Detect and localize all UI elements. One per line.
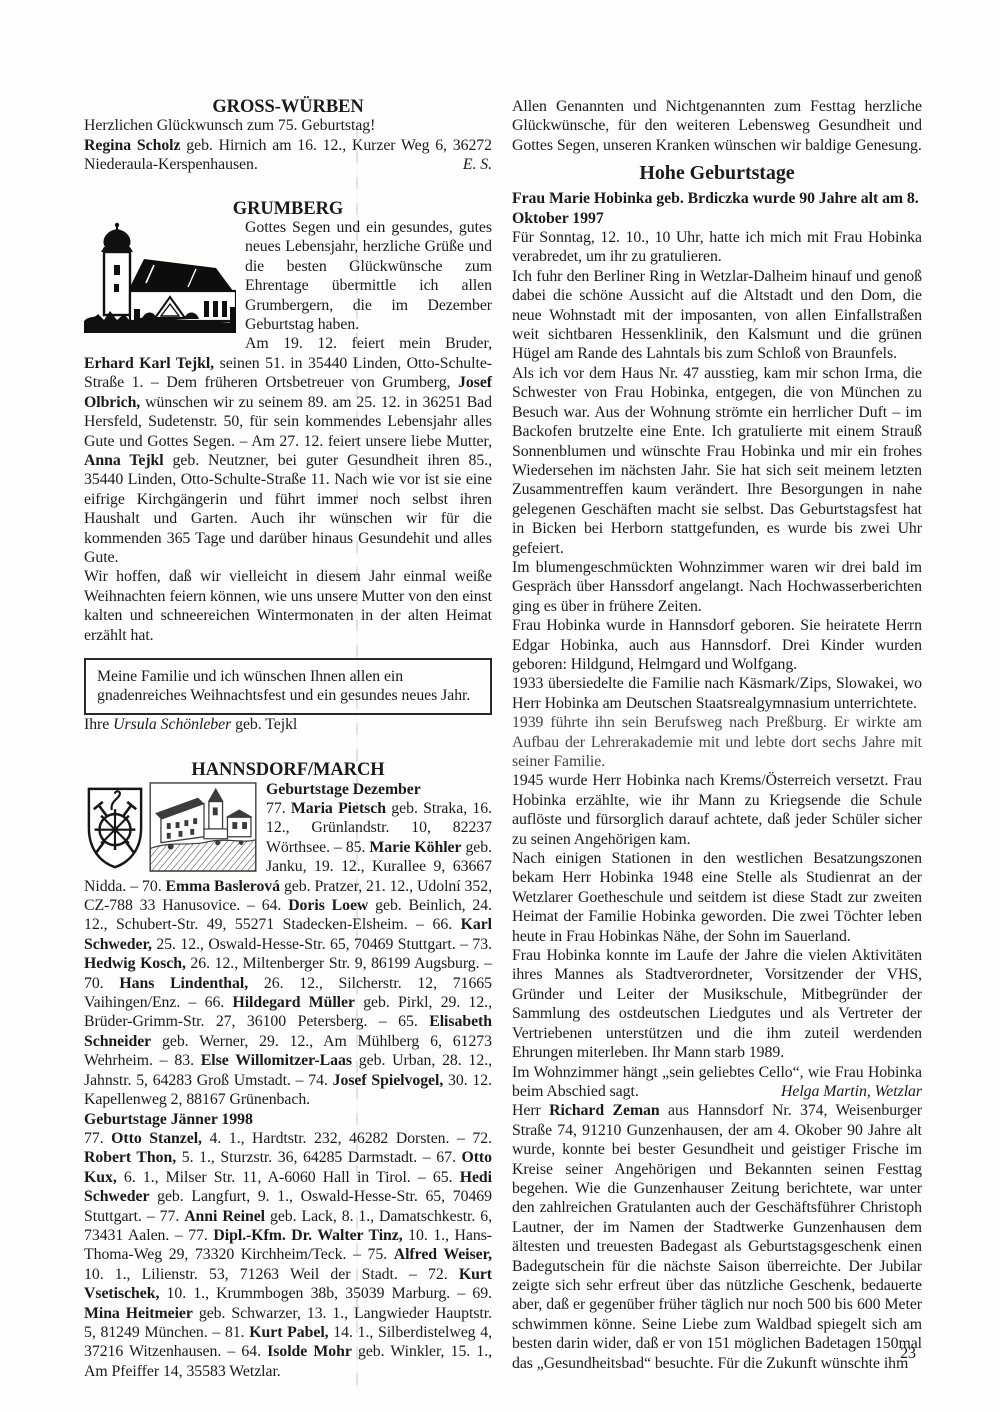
hobinka-paragraph: Frau Hobinka wurde in Hannsdorf geboren.… — [512, 616, 922, 674]
zeman-paragraph: Herr Richard Zeman aus Hannsdorf Nr. 374… — [512, 1101, 922, 1373]
hobinka-paragraph: 1945 wurde Herr Hobinka nach Krems/Öster… — [512, 771, 922, 849]
page-number: 23 — [900, 1344, 916, 1363]
section-grumberg: GRUMBERG — [84, 199, 492, 735]
hobinka-paragraph: 1939 führte ihn sein Berufsweg nach Preß… — [512, 713, 922, 771]
article-author: Helga Martin, Wetzlar — [781, 1082, 922, 1101]
hobinka-paragraph: 1933 übersiedelte die Familie nach Käsma… — [512, 674, 922, 713]
hobinka-paragraph: Nach einigen Stationen in den westlichen… — [512, 849, 922, 946]
grumberg-hope-paragraph: Wir hoffen, daß wir vielleicht in diesem… — [84, 567, 492, 645]
right-intro-paragraph: Allen Genannten und Nichtgenannten zum F… — [512, 97, 922, 155]
gross-wurben-entry-text: Regina Scholz geb. Hirnich am 16. 12., K… — [84, 137, 492, 173]
church-woodcut-image — [84, 221, 236, 333]
coat-of-arms-image — [84, 784, 146, 872]
hobinka-paragraph: Für Sonntag, 12. 10., 10 Uhr, hatte ich … — [512, 228, 922, 267]
section-zeman: Herr Richard Zeman aus Hannsdorf Nr. 374… — [512, 1101, 922, 1373]
january-subtitle: Geburtstage Jänner 1998 — [84, 1110, 492, 1129]
grumberg-text-block: Gottes Segen und ein gesundes, gutes neu… — [84, 218, 492, 567]
christmas-wishes-box: Meine Familie und ich wünschen Ihnen all… — [84, 658, 492, 715]
grumberg-entries: Am 19. 12. feiert mein Bruder, Erhard Ka… — [84, 334, 492, 567]
two-column-layout: GROSS-WÜRBEN Herzlichen Glückwunsch zum … — [0, 0, 1000, 1381]
left-column: GROSS-WÜRBEN Herzlichen Glückwunsch zum … — [84, 97, 492, 1381]
newsletter-page: GROSS-WÜRBEN Herzlichen Glückwunsch zum … — [0, 0, 1000, 1412]
hobinka-paragraph: Ich fuhr den Berliner Ring in Wetzlar-Da… — [512, 267, 922, 364]
grumberg-signature: Ihre Ursula Schönleber geb. Tejkl — [84, 715, 492, 734]
gross-wurben-entry: Regina Scholz geb. Hirnich am 16. 12., K… — [84, 136, 492, 175]
hobinka-subtitle: Frau Marie Hobinka geb. Brdiczka wurde 9… — [512, 189, 922, 228]
section-title-hannsdorf: HANNSDORF/MARCH — [84, 760, 492, 779]
gross-wurben-initials: E. S. — [463, 155, 492, 174]
section-title-grumberg: GRUMBERG — [84, 199, 492, 218]
right-column: Allen Genannten und Nichtgenannten zum F… — [512, 97, 922, 1381]
hobinka-paragraph: Frau Hobinka konnte im Laufe der Jahre d… — [512, 946, 922, 1062]
section-hohe-geburtstage: Hohe Geburtstage Frau Marie Hobinka geb.… — [512, 160, 922, 1101]
hobinka-paragraph: Als ich vor dem Haus Nr. 47 ausstieg, ka… — [512, 364, 922, 558]
section-hannsdorf: HANNSDORF/MARCH — [84, 760, 492, 1381]
hannsdorf-december-block: Geburtstage Dezember 77. Maria Pietsch g… — [84, 780, 492, 1110]
christmas-wishes-text: Meine Familie und ich wünschen Ihnen all… — [97, 667, 479, 706]
section-title-hohe-geburtstage: Hohe Geburtstage — [512, 160, 922, 186]
hobinka-paragraph: Im blumengeschmückten Wohnzimmer waren w… — [512, 558, 922, 616]
hannsdorf-images — [84, 782, 257, 872]
section-gross-wurben: GROSS-WÜRBEN Herzlichen Glückwunsch zum … — [84, 97, 492, 175]
village-engraving-image — [149, 782, 257, 872]
section-title-gross-wurben: GROSS-WÜRBEN — [84, 97, 492, 116]
january-birthday-list: 77. Otto Stanzel, 4. 1., Hardtstr. 232, … — [84, 1129, 492, 1381]
gross-wurben-greeting: Herzlichen Glückwunsch zum 75. Geburtsta… — [84, 116, 492, 135]
hobinka-closing-paragraph: Im Wohnzimmer hängt „sein geliebtes Cell… — [512, 1063, 922, 1102]
